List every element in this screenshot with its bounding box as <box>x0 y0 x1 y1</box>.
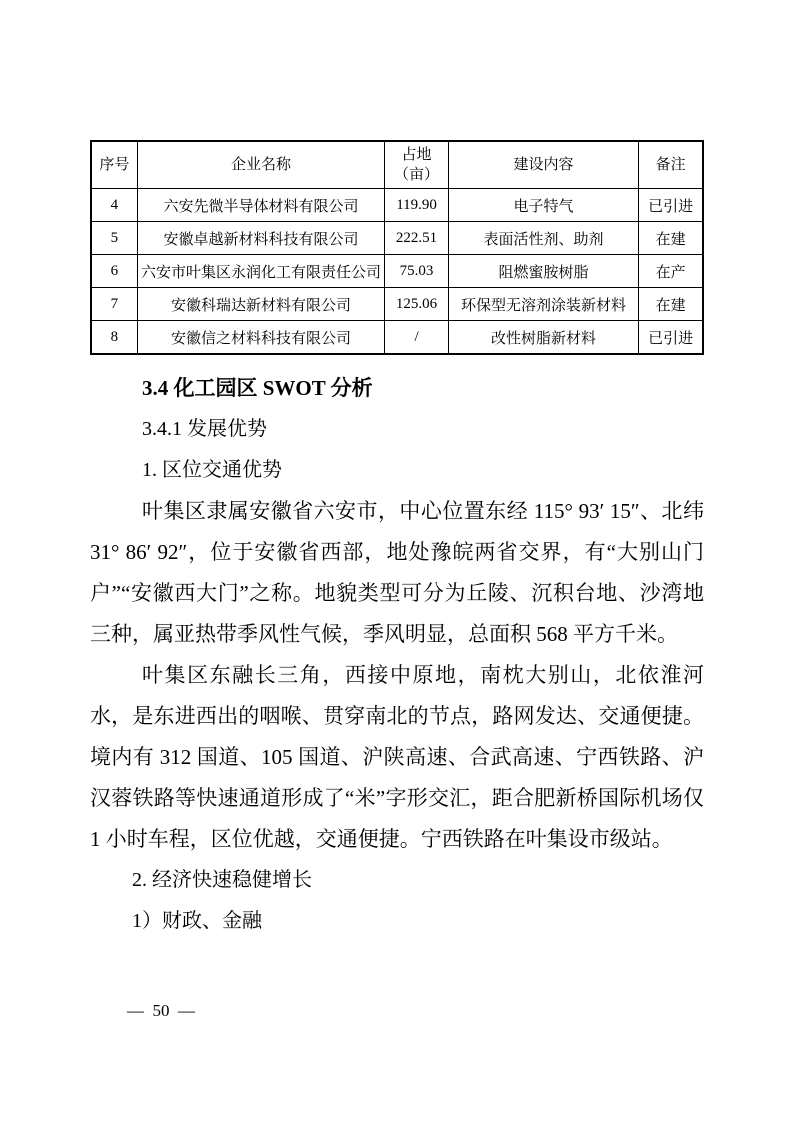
table-row: 5 安徽卓越新材料科技有限公司 222.51 表面活性剂、助剂 在建 <box>91 222 703 255</box>
page-content: 序号 企业名称 占地 （亩） 建设内容 备注 4 六安先微半导体材料有限公司 1… <box>90 140 704 942</box>
table-cell: 125.06 <box>385 288 448 321</box>
table-header-cell: 序号 <box>91 141 137 189</box>
table-row: 4 六安先微半导体材料有限公司 119.90 电子特气 已引进 <box>91 189 703 222</box>
section-heading: 3.4 化工园区 SWOT 分析 <box>142 368 704 409</box>
table-cell: 在产 <box>639 255 703 288</box>
table-cell: 在建 <box>639 222 703 255</box>
list-heading-1: 1. 区位交通优势 <box>142 450 704 491</box>
table-header-cell: 建设内容 <box>448 141 639 189</box>
document-page: 序号 企业名称 占地 （亩） 建设内容 备注 4 六安先微半导体材料有限公司 1… <box>0 0 794 1122</box>
table-cell: 75.03 <box>385 255 448 288</box>
table-cell: 安徽卓越新材料科技有限公司 <box>137 222 385 255</box>
table-cell: 7 <box>91 288 137 321</box>
table-cell: / <box>385 321 448 355</box>
sub-list-heading: 1）财政、金融 <box>132 901 704 942</box>
table-header-cell: 占地 （亩） <box>385 141 448 189</box>
table-row: 7 安徽科瑞达新材料有限公司 125.06 环保型无溶剂涂装新材料 在建 <box>91 288 703 321</box>
table-row: 6 六安市叶集区永润化工有限责任公司 75.03 阻燃蜜胺树脂 在产 <box>91 255 703 288</box>
table-header-cell: 备注 <box>639 141 703 189</box>
paragraph-location: 叶集区隶属安徽省六安市，中心位置东经 115° 93′ 15″、北纬 31° 8… <box>90 491 704 655</box>
table-cell: 119.90 <box>385 189 448 222</box>
paragraph-transport: 叶集区东融长三角，西接中原地，南枕大别山，北依淮河水，是东进西出的咽喉、贯穿南北… <box>90 655 704 860</box>
table-cell: 安徽信之材料科技有限公司 <box>137 321 385 355</box>
subsection-heading: 3.4.1 发展优势 <box>142 409 704 450</box>
table-cell: 已引进 <box>639 189 703 222</box>
page-number: — 50 — <box>127 1000 195 1022</box>
table-cell: 222.51 <box>385 222 448 255</box>
table-cell: 安徽科瑞达新材料有限公司 <box>137 288 385 321</box>
table-cell: 在建 <box>639 288 703 321</box>
table-cell: 改性树脂新材料 <box>448 321 639 355</box>
table-cell: 5 <box>91 222 137 255</box>
table-cell: 阻燃蜜胺树脂 <box>448 255 639 288</box>
table-cell: 电子特气 <box>448 189 639 222</box>
table-cell: 六安先微半导体材料有限公司 <box>137 189 385 222</box>
enterprise-table: 序号 企业名称 占地 （亩） 建设内容 备注 4 六安先微半导体材料有限公司 1… <box>90 140 704 355</box>
table-cell: 8 <box>91 321 137 355</box>
table-row: 8 安徽信之材料科技有限公司 / 改性树脂新材料 已引进 <box>91 321 703 355</box>
table-cell: 已引进 <box>639 321 703 355</box>
table-cell: 4 <box>91 189 137 222</box>
table-cell: 6 <box>91 255 137 288</box>
table-header-row: 序号 企业名称 占地 （亩） 建设内容 备注 <box>91 141 703 189</box>
table-cell: 环保型无溶剂涂装新材料 <box>448 288 639 321</box>
table-cell: 表面活性剂、助剂 <box>448 222 639 255</box>
list-heading-2: 2. 经济快速稳健增长 <box>132 860 704 901</box>
table-header-cell: 企业名称 <box>137 141 385 189</box>
table-cell: 六安市叶集区永润化工有限责任公司 <box>137 255 385 288</box>
